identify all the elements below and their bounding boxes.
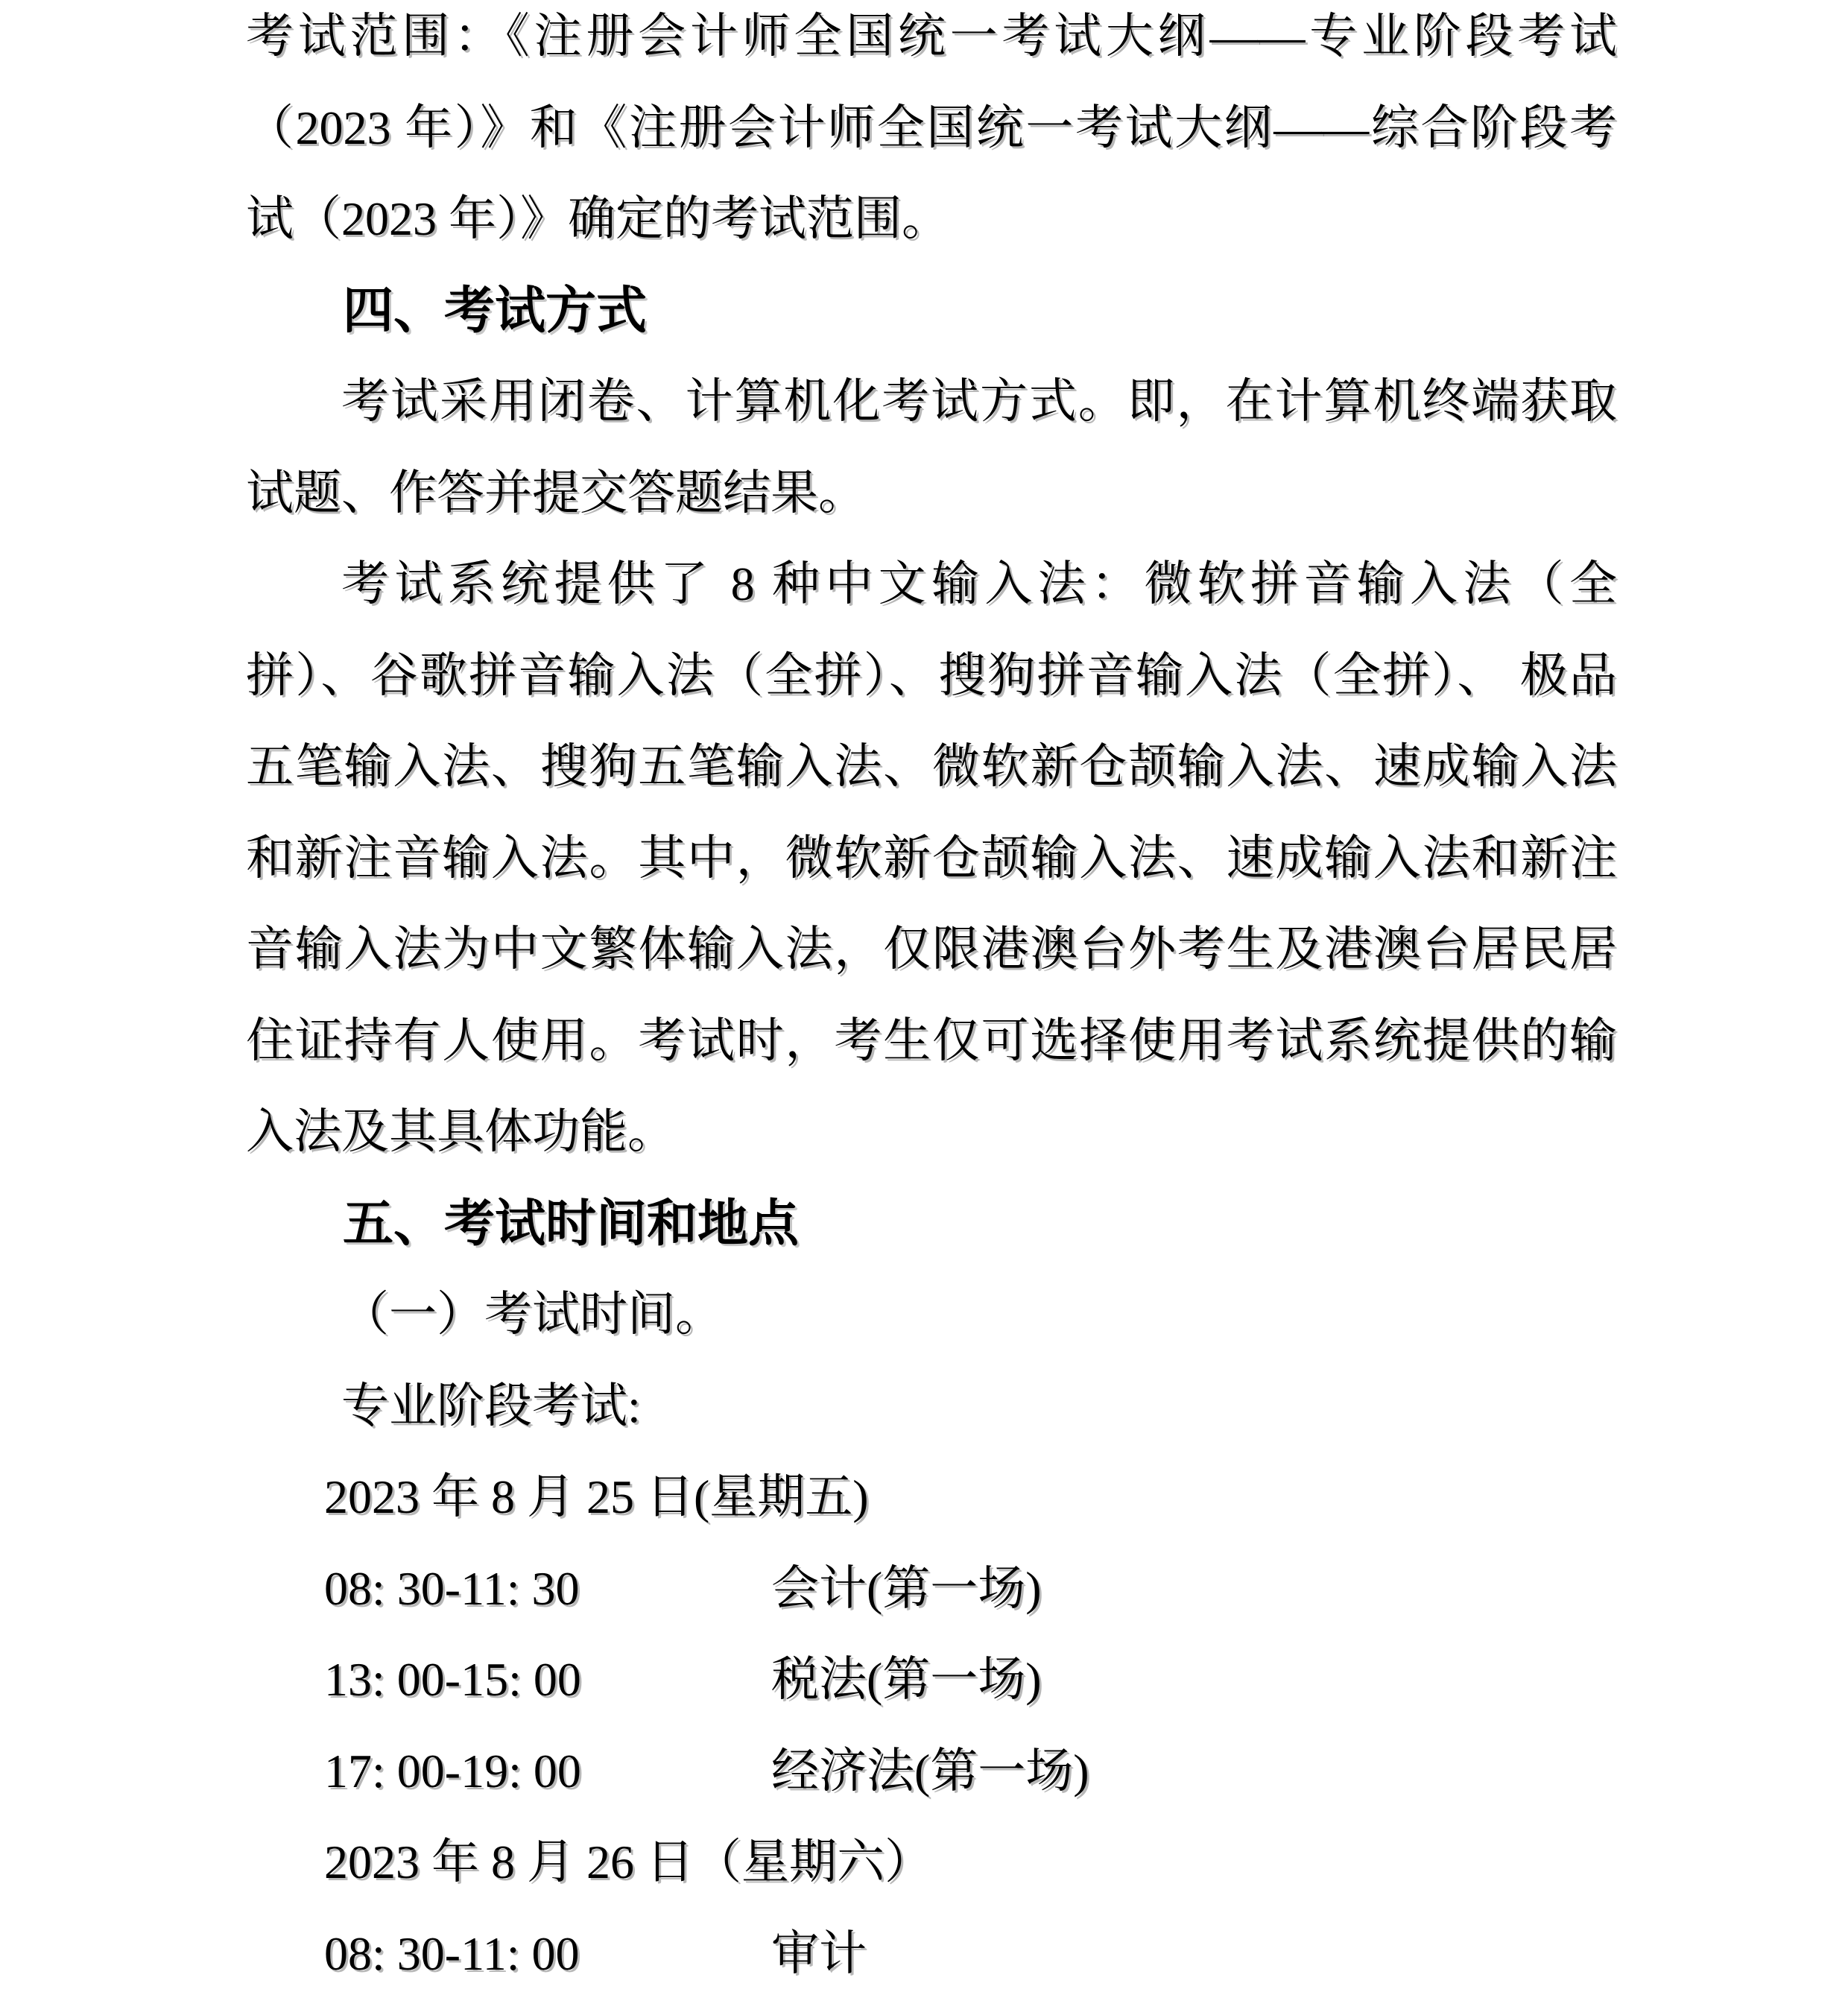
text-line: 考试系统提供了 8 种中文输入法：微软拼音输入法（全: [246, 539, 1617, 630]
text-line: 和新注音输入法。其中，微软新仓颉输入法、速成输入法和新注: [246, 813, 1617, 905]
document-page: 考试范围：《注册会计师全国统一考试大纲——专业阶段考试（2023 年）》和《注册…: [0, 0, 1848, 1995]
date-line: 2023 年 8 月 25 日(星期五): [246, 1452, 1617, 1543]
text-column: 考试范围：《注册会计师全国统一考试大纲——专业阶段考试（2023 年）》和《注册…: [246, 0, 1617, 1995]
schedule-row: 08: 30-11: 30会计(第一场): [246, 1543, 1617, 1635]
schedule-time: 08: 30-11: 00: [324, 1927, 580, 1980]
schedule-subject: 税法(第一场): [771, 1634, 1042, 1726]
schedule-subject: 经济法(第一场): [771, 1726, 1089, 1818]
date-line: 2023 年 8 月 26 日（星期六）: [246, 1817, 1617, 1909]
text-line: 入法及其具体功能。: [246, 1087, 1617, 1178]
section-heading: 四、考试方式: [246, 265, 1617, 357]
text-line: 试题、作答并提交答题结果。: [246, 448, 1617, 540]
section-heading: 五、考试时间和地点: [246, 1178, 1617, 1270]
schedule-row: 17: 00-19: 00经济法(第一场): [246, 1726, 1617, 1818]
schedule-time: 17: 00-19: 00: [324, 1745, 581, 1798]
text-line: （2023 年）》和《注册会计师全国统一考试大纲——综合阶段考: [246, 83, 1617, 174]
schedule-subject: 审计: [771, 1909, 867, 1995]
text-line: 专业阶段考试:: [246, 1361, 1617, 1452]
text-line: 试（2023 年）》确定的考试范围。: [246, 174, 1617, 265]
schedule-time: 13: 00-15: 00: [324, 1653, 581, 1706]
text-line: 拼）、谷歌拼音输入法（全拼）、搜狗拼音输入法（全拼）、 极品: [246, 630, 1617, 722]
text-line: 考试采用闭卷、计算机化考试方式。即，在计算机终端获取: [246, 356, 1617, 448]
schedule-row: 13: 00-15: 00税法(第一场): [246, 1634, 1617, 1726]
text-line: （一）考试时间。: [246, 1269, 1617, 1361]
schedule-subject: 会计(第一场): [771, 1543, 1042, 1635]
text-line: 住证持有人使用。考试时，考生仅可选择使用考试系统提供的输: [246, 996, 1617, 1087]
schedule-row: 08: 30-11: 00审计: [246, 1909, 1617, 1995]
text-line: 考试范围：《注册会计师全国统一考试大纲——专业阶段考试: [246, 0, 1617, 83]
text-line: 音输入法为中文繁体输入法，仅限港澳台外考生及港澳台居民居: [246, 904, 1617, 996]
schedule-time: 08: 30-11: 30: [324, 1562, 580, 1615]
text-line: 五笔输入法、搜狗五笔输入法、微软新仓颉输入法、速成输入法: [246, 721, 1617, 813]
